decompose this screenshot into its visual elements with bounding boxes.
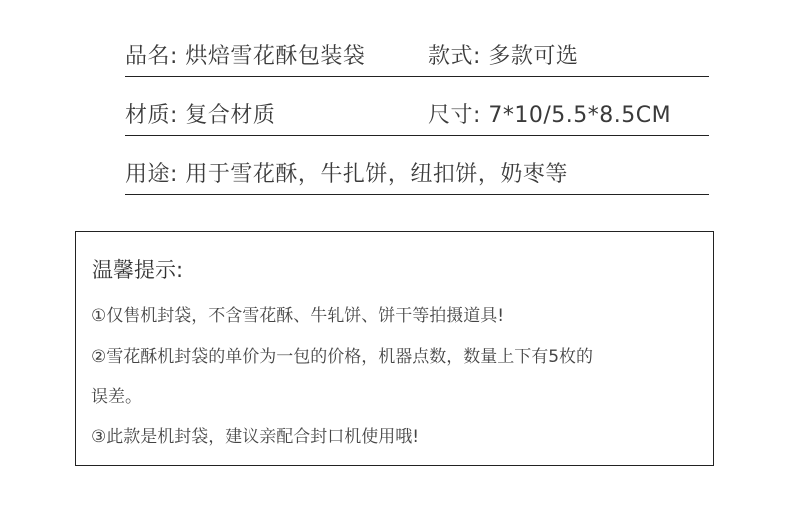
product-material: 材质: 复合材质 xyxy=(125,98,275,129)
spec-row-name-style: 品名: 烘焙雪花酥包装袋 款式: 多款可选 xyxy=(125,36,709,77)
notice-line-1: ①仅售机封袋，不含雪花酥、牛轧饼、饼干等拍摄道具! xyxy=(91,301,504,326)
notice-title: 温馨提示: xyxy=(92,254,183,284)
notice-line-2: ②雪花酥机封袋的单价为一包的价格，机器点数，数量上下有5枚的 xyxy=(91,342,593,367)
spec-row-usage: 用途: 用于雪花酥，牛扎饼，纽扣饼，奶枣等 xyxy=(125,154,709,195)
product-style: 款式: 多款可选 xyxy=(428,39,578,70)
product-name: 品名: 烘焙雪花酥包装袋 xyxy=(125,39,365,70)
notice-box: 温馨提示: ①仅售机封袋，不含雪花酥、牛轧饼、饼干等拍摄道具! ②雪花酥机封袋的… xyxy=(75,231,714,466)
product-size: 尺寸: 7*10/5.5*8.5CM xyxy=(428,98,671,129)
notice-line-3: ③此款是机封袋，建议亲配合封口机使用哦! xyxy=(91,422,419,447)
spec-row-material-size: 材质: 复合材质 尺寸: 7*10/5.5*8.5CM xyxy=(125,95,709,136)
notice-line-2-cont: 误差。 xyxy=(91,382,142,407)
product-usage: 用途: 用于雪花酥，牛扎饼，纽扣饼，奶枣等 xyxy=(125,157,568,188)
